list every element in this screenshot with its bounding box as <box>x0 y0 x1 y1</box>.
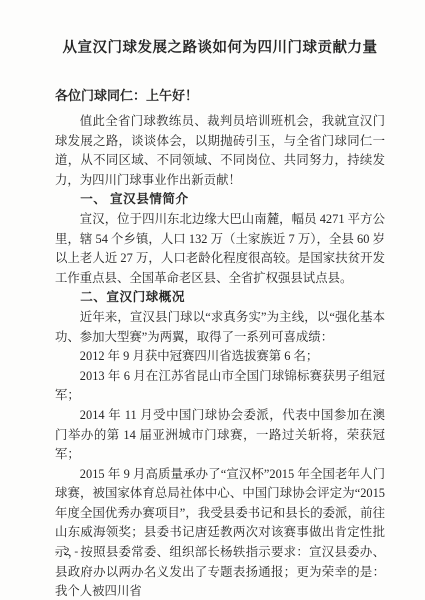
document-page: 从宣汉门球发展之路谈如何为四川门球贡献力量 各位门球同仁：上午好！ 值此全省门球… <box>0 0 425 600</box>
section-heading-county-intro: 一、 宣汉县情简介 <box>55 190 385 210</box>
paragraph-intro: 值此全省门球教练员、裁判员培训班机会，我就宣汉门球发展之路，谈谈体会，以期抛砖引… <box>55 112 385 190</box>
page-number: - 2 - <box>55 545 79 559</box>
section-heading-gateball-overview: 二、宣汉门球概况 <box>55 288 385 308</box>
greeting-line: 各位门球同仁：上午好！ <box>55 86 385 106</box>
document-title: 从宣汉门球发展之路谈如何为四川门球贡献力量 <box>55 38 385 58</box>
paragraph-achievement-2013: 2013 年 6 月在江苏省昆山市全国门球锦标赛获男子组冠军； <box>55 367 385 406</box>
paragraph-county-overview: 宣汉，位于四川东北边缘大巴山南麓，幅员 4271 平方公里，辖 54 个乡镇，人… <box>55 210 385 288</box>
paragraph-achievement-2012: 2012 年 9 月获中冠赛四川省选拔赛第 6 名； <box>55 347 385 367</box>
document-content: 从宣汉门球发展之路谈如何为四川门球贡献力量 各位门球同仁：上午好！ 值此全省门球… <box>55 38 385 600</box>
paragraph-achievement-2014: 2014 年 11 月受中国门球协会委派，代表中国参加在澳门举办的第 14 届亚… <box>55 406 385 465</box>
paragraph-achievement-2015: 2015 年 9 月高质量承办了“宣汉杯”2015 年全国老年人门球赛，被国家体… <box>55 465 385 600</box>
paragraph-gateball-intro: 近年来，宣汉县门球以“求真务实”为主线，以“强化基本功、参加大型赛”为两翼，取得… <box>55 308 385 347</box>
